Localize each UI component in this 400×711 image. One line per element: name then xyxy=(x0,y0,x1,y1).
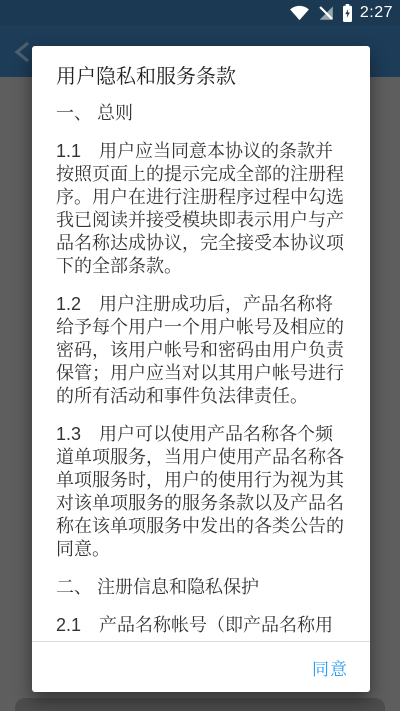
dimmed-bottom-button xyxy=(15,698,385,711)
status-clock: 2:27 xyxy=(360,4,393,22)
dialog-button-bar: 同意 xyxy=(32,642,370,692)
agree-button[interactable]: 同意 xyxy=(306,647,354,688)
terms-section-heading: 一、 总则 xyxy=(56,102,346,125)
terms-paragraph: 1.3 用户可以使用产品名称各个频道单项服务，当用户使用产品名称各单项服务时，用… xyxy=(56,423,346,561)
battery-charging-icon xyxy=(342,4,353,22)
back-arrow-icon[interactable] xyxy=(13,41,33,63)
terms-paragraph-clipped: 2.1 产品名称帐号（即产品名称用 xyxy=(56,614,346,637)
terms-section-heading: 二、 注册信息和隐私保护 xyxy=(56,576,346,599)
wifi-icon xyxy=(289,4,310,21)
screen: 2:27 用户隐私和服务条款 一、 总则 1.1 用户应当同意本协议的条款并按照… xyxy=(0,0,400,711)
status-bar: 2:27 xyxy=(0,0,400,25)
dialog-title: 用户隐私和服务条款 xyxy=(32,46,370,100)
dialog-body-scroll[interactable]: 一、 总则 1.1 用户应当同意本协议的条款并按照页面上的提示完成全部的注册程序… xyxy=(32,100,370,641)
terms-paragraph: 1.1 用户应当同意本协议的条款并按照页面上的提示完成全部的注册程序。用户在进行… xyxy=(56,140,346,278)
privacy-terms-dialog: 用户隐私和服务条款 一、 总则 1.1 用户应当同意本协议的条款并按照页面上的提… xyxy=(32,46,370,692)
no-sim-icon xyxy=(317,4,335,21)
terms-paragraph: 1.2 用户注册成功后，产品名称将给予每个用户一个用户帐号及相应的密码，该用户帐… xyxy=(56,293,346,408)
